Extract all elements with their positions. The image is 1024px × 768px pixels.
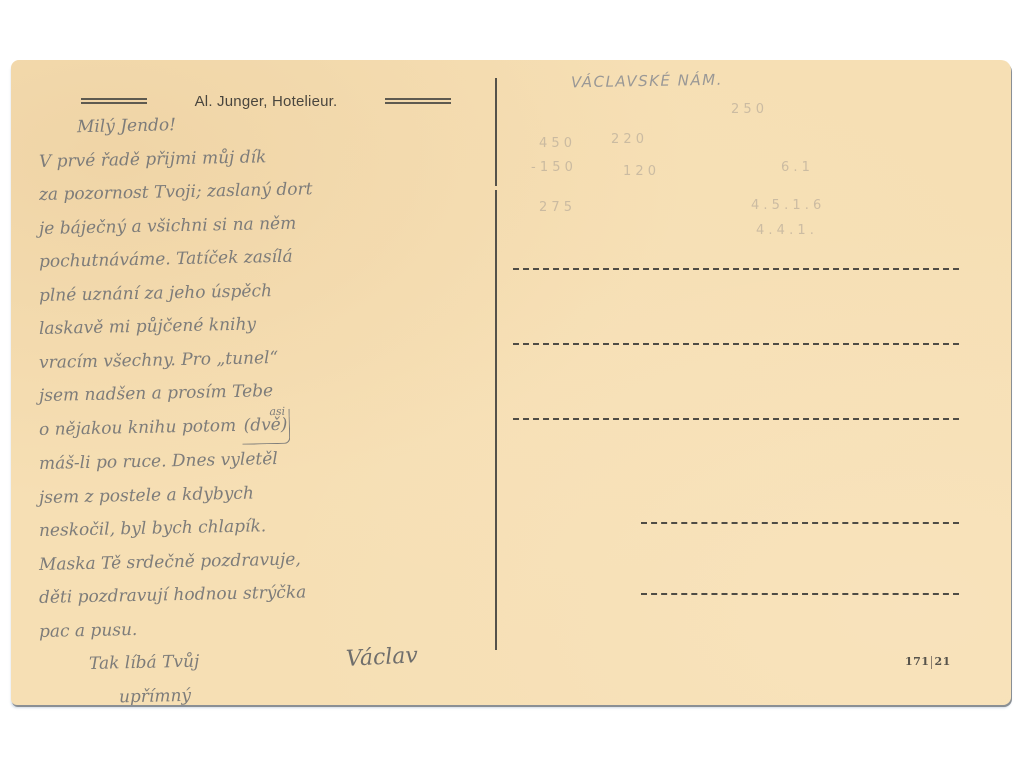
double-rule-left xyxy=(81,98,147,104)
faint-pencil-mark: - 1 5 0 xyxy=(531,160,573,175)
faint-pencil-mark: 1 2 0 xyxy=(623,164,656,179)
handwritten-message: Milý Jendo! V prvé řadě přijmi můj dík z… xyxy=(39,112,499,705)
faint-pencil-mark: 4 . 4 . 1 . xyxy=(756,223,814,238)
postcard-back: Al. Junger, Hotelieur. Milý Jendo! V prv… xyxy=(11,60,1011,705)
annotation-superscript: asi xyxy=(269,394,285,428)
card-print-number: 17121 xyxy=(905,655,951,669)
faint-pencil-mark: 2 5 0 xyxy=(731,102,764,117)
image-canvas: Al. Junger, Hotelieur. Milý Jendo! V prv… xyxy=(0,0,1024,768)
card-number-left: 171 xyxy=(905,655,929,668)
signature: Václav xyxy=(345,643,418,672)
card-number-separator xyxy=(931,656,932,669)
address-line-5 xyxy=(641,593,959,595)
address-line-3 xyxy=(513,418,959,420)
faint-pencil-mark: 4 5 0 xyxy=(539,136,572,151)
boxed-annotation: asi(dvě) xyxy=(241,408,291,444)
faint-pencil-mark: 6 . 1 xyxy=(781,160,810,175)
address-line-1 xyxy=(513,268,959,270)
pencil-address-note: VÁCLAVSKÉ NÁM. xyxy=(571,71,723,92)
address-line-4 xyxy=(641,522,959,524)
address-line-2 xyxy=(513,343,959,345)
card-number-right: 21 xyxy=(934,655,950,668)
faint-pencil-mark: 2 2 0 xyxy=(611,132,644,147)
faint-pencil-mark: 4 . 5 . 1 . 6 xyxy=(751,198,821,213)
faint-pencil-mark: 2 7 5 xyxy=(539,200,572,215)
message-line-text: o nějakou knihu potom xyxy=(39,415,237,439)
